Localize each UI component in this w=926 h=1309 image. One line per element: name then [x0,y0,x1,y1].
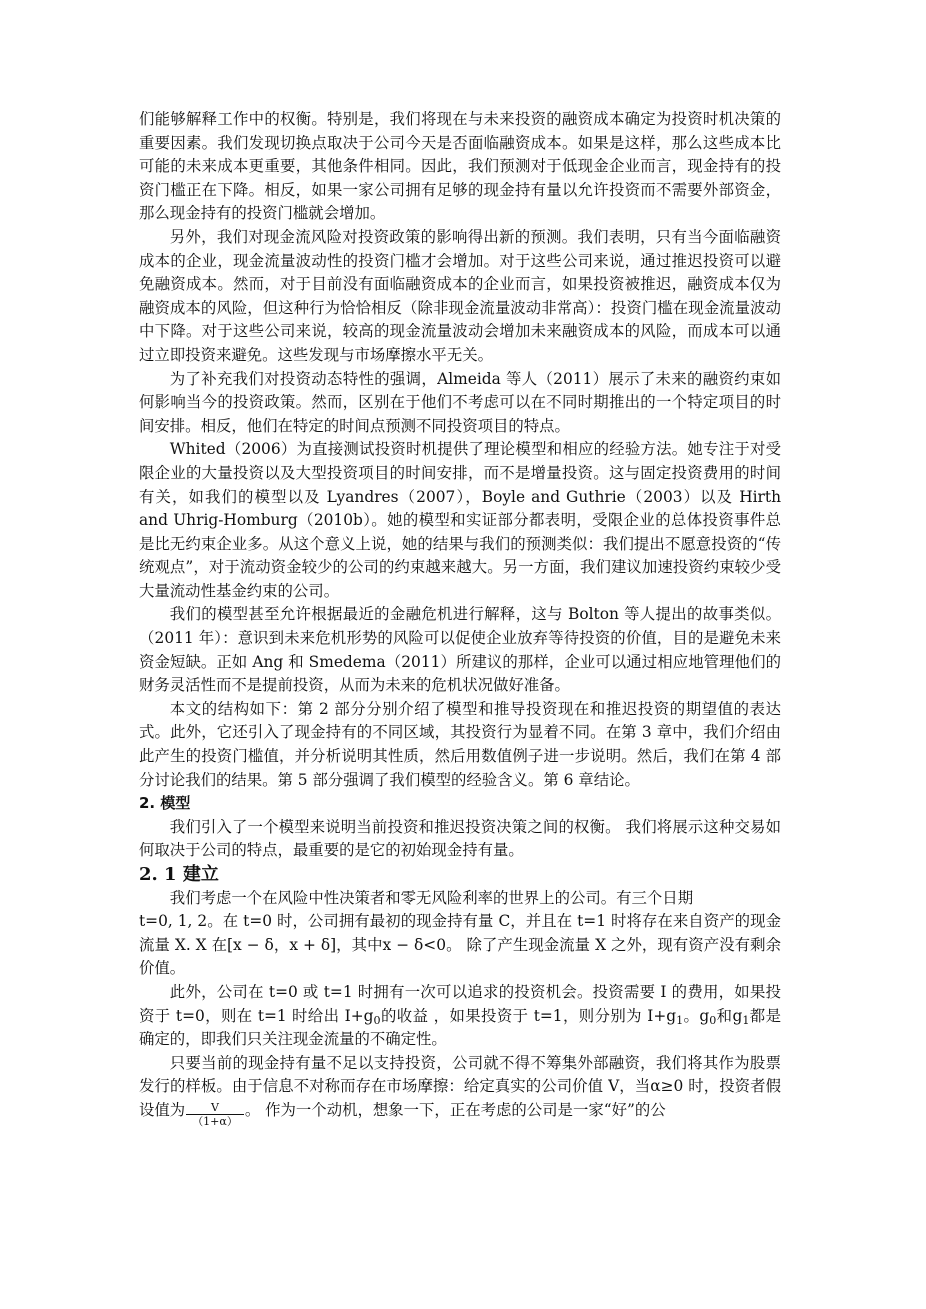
paragraph-external-financing: 只要当前的现金持有量不足以支持投资，公司就不得不筹集外部融资，我们将其作为股票发… [139,1052,781,1128]
text-fragment: 和g [716,1007,742,1025]
fraction-denominator: （1+α） [186,1115,244,1128]
document-page: 们能够解释工作中的权衡。特别是，我们将现在与未来投资的融资成本确定为投资时机决策… [139,108,781,1128]
paragraph-setup-dates: t=0, 1, 2。在 t=0 时，公司拥有最初的现金持有量 C，并且在 t=1… [139,910,781,981]
paragraph-intro-continuation: 们能够解释工作中的权衡。特别是，我们将现在与未来投资的融资成本确定为投资时机决策… [139,108,781,226]
text-fragment: 。g [683,1007,709,1025]
paragraph-structure: 本文的结构如下：第 2 部分分别介绍了模型和推导投资现在和推迟投资的期望值的表达… [139,698,781,792]
fraction-v-over-1-plus-alpha: V（1+α） [186,1101,244,1128]
paragraph-whited: Whited（2006）为直接测试投资时机提供了理论模型和相应的经验方法。她专注… [139,438,781,603]
text-fragment: 。 作为一个动机，想象一下，正在考虑的公司是一家“好”的公 [245,1101,666,1119]
paragraph-investment-opportunity: 此外，公司在 t=0 或 t=1 时拥有一次可以追求的投资机会。投资需要 I 的… [139,981,781,1052]
text-fragment: 的收益 ，如果投资于 t=1，则分别为 I+g [381,1007,677,1025]
paragraph-cash-flow-risk: 另外，我们对现金流风险对投资政策的影响得出新的预测。我们表明，只有当今面临融资成… [139,226,781,368]
subsection-heading-setup: 2. 1 建立 [139,863,781,887]
paragraph-model-intro: 我们引入了一个模型来说明当前投资和推迟投资决策之间的权衡。 我们将展示这种交易如… [139,816,781,863]
paragraph-almeida: 为了补充我们对投资动态特性的强调，Almeida 等人（2011）展示了未来的融… [139,368,781,439]
paragraph-financial-crisis: 我们的模型甚至允许根据最近的金融危机进行解释，这与 Bolton 等人提出的故事… [139,603,781,697]
section-heading-model: 2. 模型 [139,792,781,816]
paragraph-setup-line1: 我们考虑一个在风险中性决策者和零无风险利率的世界上的公司。有三个日期 [139,887,781,911]
fraction-numerator: V [186,1101,244,1115]
subscript: 0 [374,1013,381,1026]
